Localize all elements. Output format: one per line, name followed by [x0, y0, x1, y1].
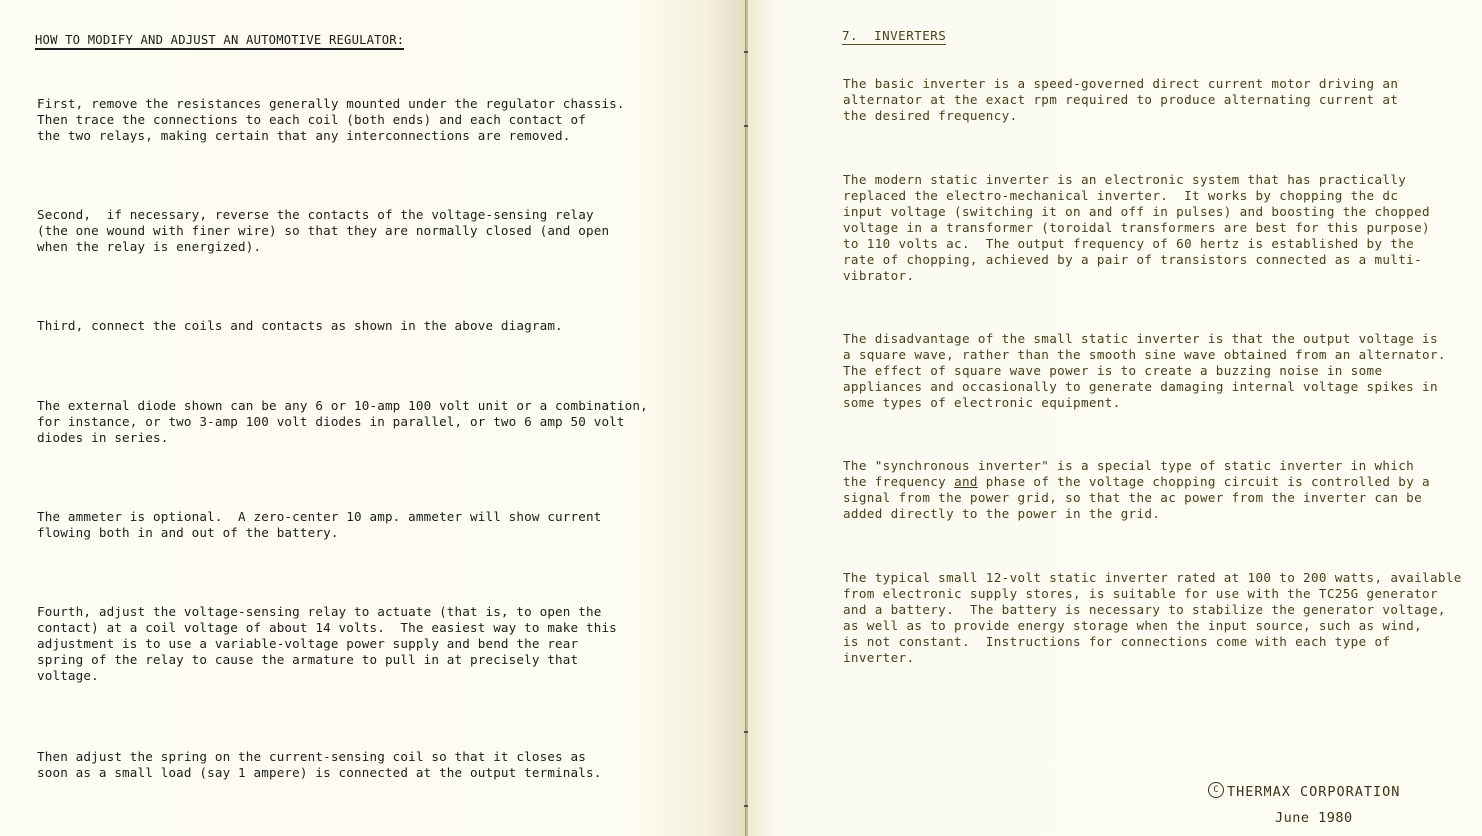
- copyright-line: CTHERMAX CORPORATION: [1208, 782, 1400, 800]
- paragraph-basic-inverter: The basic inverter is a speed-governed d…: [843, 76, 1398, 124]
- paragraph-second-step: Second, if necessary, reverse the contac…: [37, 207, 609, 255]
- paragraph-static-inverter: The modern static inverter is an electro…: [843, 172, 1430, 284]
- sync-line-2a: the frequency: [843, 474, 954, 489]
- paragraph-disadvantage: The disadvantage of the small static inv…: [843, 331, 1446, 411]
- paragraph-external-diode: The external diode shown can be any 6 or…: [37, 398, 648, 446]
- sync-rest: signal from the power grid, so that the …: [843, 490, 1422, 521]
- sync-line-2b: phase of the voltage chopping circuit is…: [978, 474, 1430, 489]
- inverters-heading: 7. INVERTERS: [842, 28, 946, 45]
- paragraph-synchronous-inverter: The "synchronous inverter" is a special …: [843, 458, 1430, 522]
- paragraph-current-sensing: Then adjust the spring on the current-se…: [37, 749, 601, 781]
- paragraph-first-step: First, remove the resistances generally …: [37, 96, 625, 144]
- paragraph-typical-inverter: The typical small 12-volt static inverte…: [843, 570, 1462, 666]
- company-name: THERMAX CORPORATION: [1227, 784, 1400, 800]
- copyright-icon: C: [1208, 782, 1224, 798]
- sync-line-1: The "synchronous inverter" is a special …: [843, 458, 1414, 473]
- publication-date: June 1980: [1275, 810, 1353, 826]
- regulator-heading: HOW TO MODIFY AND ADJUST AN AUTOMOTIVE R…: [35, 33, 404, 50]
- right-page: 7. INVERTERS The basic inverter is a spe…: [748, 0, 1482, 836]
- left-page: HOW TO MODIFY AND ADJUST AN AUTOMOTIVE R…: [0, 0, 746, 836]
- underlined-and: and: [954, 474, 978, 489]
- paragraph-ammeter: The ammeter is optional. A zero-center 1…: [37, 509, 601, 541]
- paragraph-fourth-step: Fourth, adjust the voltage-sensing relay…: [37, 604, 617, 684]
- paragraph-third-step: Third, connect the coils and contacts as…: [37, 318, 563, 334]
